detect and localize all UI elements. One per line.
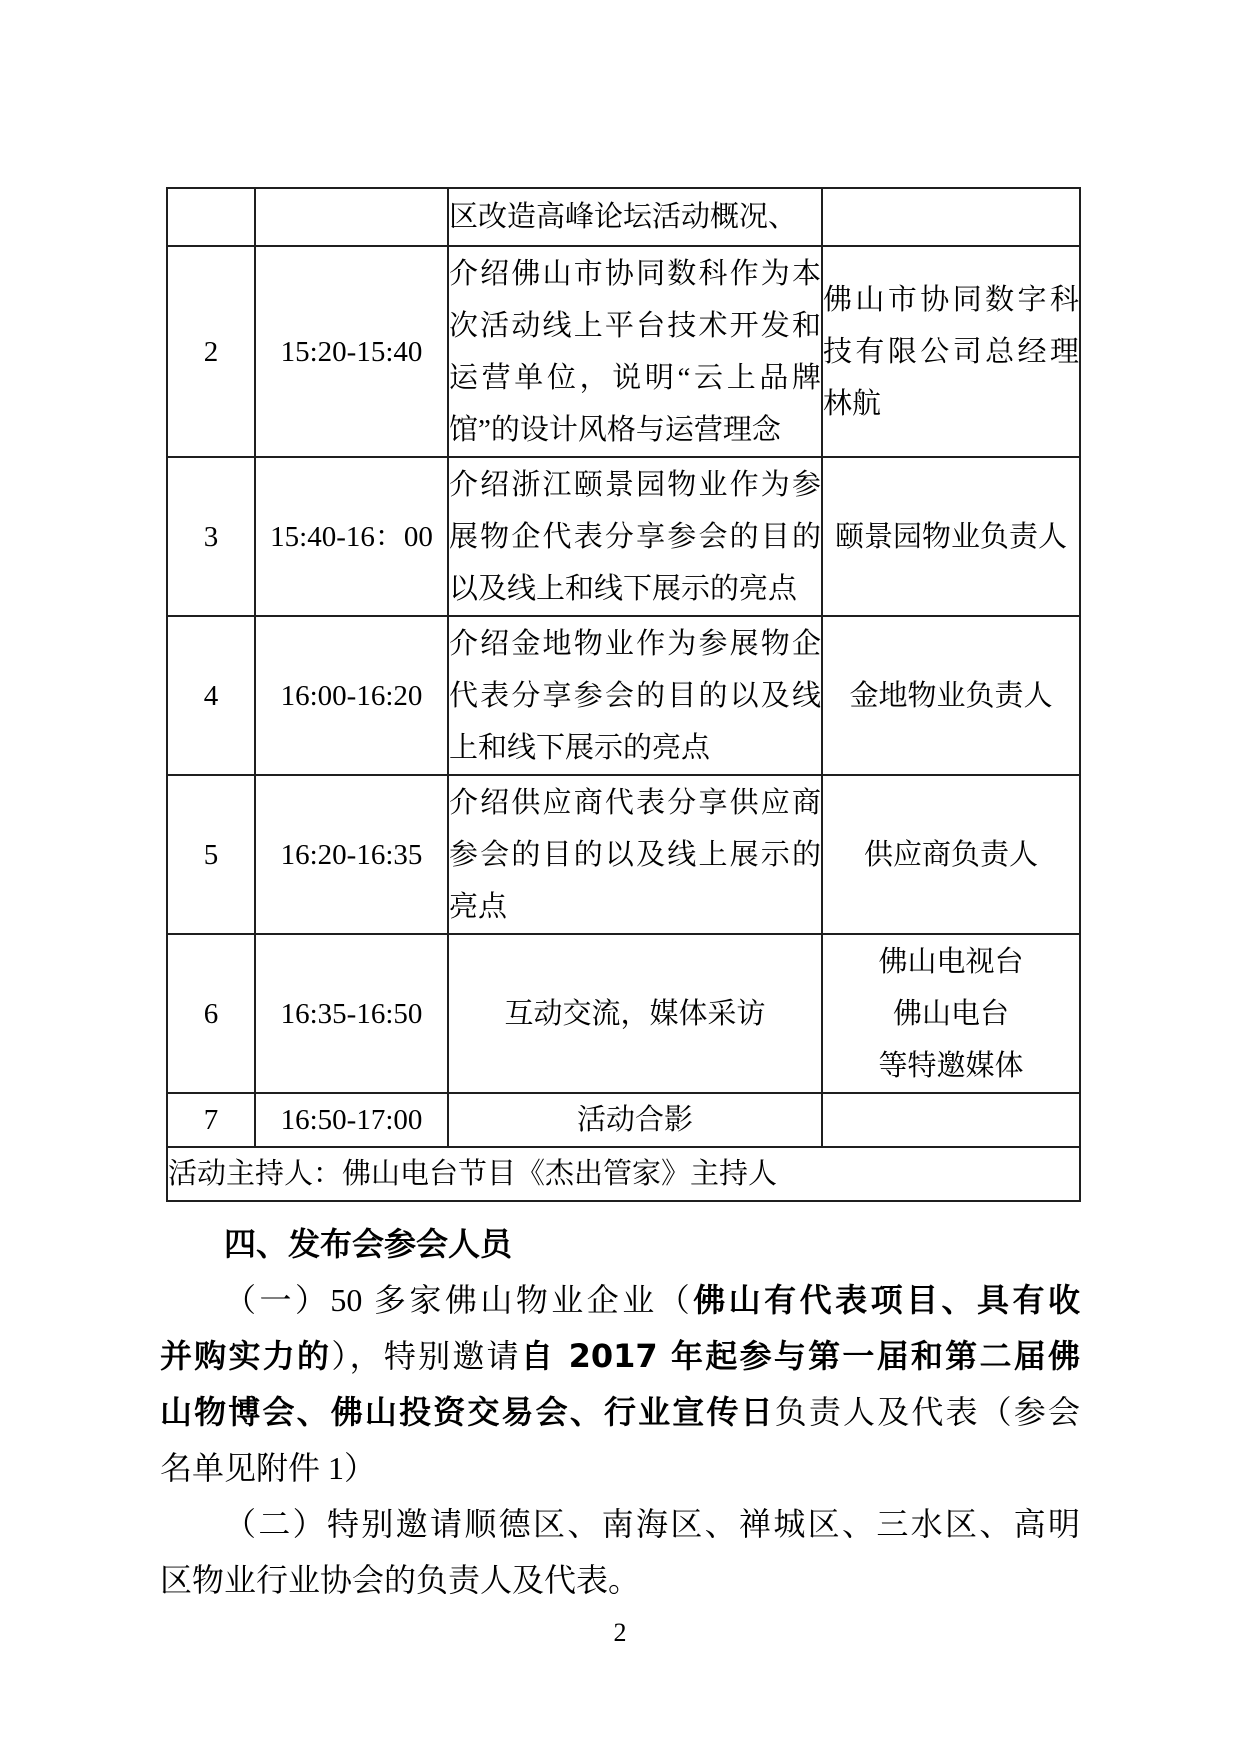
cell-number: 4 (167, 616, 255, 775)
table-row: 区改造高峰论坛活动概况、 (167, 188, 1080, 246)
speaker-line: 颐景园物业负责人 (823, 511, 1079, 563)
schedule-table: 区改造高峰论坛活动概况、215:20-15:40介绍佛山市协同数科作为本次活动线… (166, 187, 1081, 1202)
body-text: ），特别邀请 (331, 1338, 521, 1374)
cell-time: 16:00-16:20 (255, 616, 448, 775)
table-row: 716:50-17:00活动合影 (167, 1093, 1080, 1147)
cell-speaker: 佛山电视台佛山电台等特邀媒体 (822, 934, 1080, 1093)
table-row: 516:20-16:35介绍供应商代表分享供应商参会的目的以及线上展示的亮点供应… (167, 775, 1080, 934)
speaker-line: 佛山电台 (823, 988, 1079, 1040)
cell-number: 5 (167, 775, 255, 934)
emphasis-text: 佛山有代表项目、具有收 (693, 1281, 1080, 1319)
body-text: 负责人及代表（参会 (775, 1394, 1080, 1430)
cell-speaker (822, 1093, 1080, 1147)
table-row: 215:20-15:40介绍佛山市协同数科作为本次活动线上平台技术开发和运营单位… (167, 246, 1080, 457)
text-line: 名单见附件 1） (160, 1440, 1080, 1496)
cell-number: 2 (167, 246, 255, 457)
section-heading: 四、发布会参会人员 (160, 1216, 1080, 1272)
cell-speaker: 颐景园物业负责人 (822, 457, 1080, 616)
cell-number: 6 (167, 934, 255, 1093)
cell-content: 区改造高峰论坛活动概况、 (448, 188, 822, 246)
speaker-line: 供应商负责人 (823, 829, 1079, 881)
speaker-line: 佛山电视台 (823, 936, 1079, 988)
document-page: 区改造高峰论坛活动概况、215:20-15:40介绍佛山市协同数科作为本次活动线… (0, 0, 1240, 1754)
cell-time: 15:40-16：00 (255, 457, 448, 616)
cell-content: 介绍供应商代表分享供应商参会的目的以及线上展示的亮点 (448, 775, 822, 934)
cell-time: 16:35-16:50 (255, 934, 448, 1093)
cell-time: 16:50-17:00 (255, 1093, 448, 1147)
cell-content: 介绍佛山市协同数科作为本次活动线上平台技术开发和运营单位，说明“云上品牌馆”的设… (448, 246, 822, 457)
text-line: 区物业行业协会的负责人及代表。 (160, 1552, 1080, 1608)
cell-time (255, 188, 448, 246)
body-paragraphs: （一）50 多家佛山物业企业（佛山有代表项目、具有收并购实力的），特别邀请自 2… (160, 1272, 1080, 1608)
cell-content: 介绍金地物业作为参展物企代表分享参会的目的以及线上和线下展示的亮点 (448, 616, 822, 775)
cell-speaker (822, 188, 1080, 246)
speaker-line: 佛山市协同数字科技有限公司总经理林航 (823, 274, 1079, 430)
text-line: （一）50 多家佛山物业企业（佛山有代表项目、具有收 (160, 1272, 1080, 1328)
cell-speaker: 佛山市协同数字科技有限公司总经理林航 (822, 246, 1080, 457)
cell-speaker: 供应商负责人 (822, 775, 1080, 934)
speaker-line: 等特邀媒体 (823, 1040, 1079, 1092)
body-text: （二）特别邀请顺德区、南海区、禅城区、三水区、高明 (224, 1506, 1080, 1542)
cell-content: 介绍浙江颐景园物业作为参展物企代表分享参会的目的以及线上和线下展示的亮点 (448, 457, 822, 616)
cell-time: 15:20-15:40 (255, 246, 448, 457)
table-footer-note: 活动主持人：佛山电台节目《杰出管家》主持人 (167, 1147, 1080, 1201)
table-footer-row: 活动主持人：佛山电台节目《杰出管家》主持人 (167, 1147, 1080, 1201)
table-row: 315:40-16：00介绍浙江颐景园物业作为参展物企代表分享参会的目的以及线上… (167, 457, 1080, 616)
table-row: 416:00-16:20介绍金地物业作为参展物企代表分享参会的目的以及线上和线下… (167, 616, 1080, 775)
text-line: 山物博会、佛山投资交易会、行业宣传日负责人及代表（参会 (160, 1384, 1080, 1440)
schedule-table-body: 区改造高峰论坛活动概况、215:20-15:40介绍佛山市协同数科作为本次活动线… (167, 188, 1080, 1201)
page-number: 2 (0, 1616, 1240, 1650)
page-content: 区改造高峰论坛活动概况、215:20-15:40介绍佛山市协同数科作为本次活动线… (160, 187, 1080, 1608)
paragraph: （一）50 多家佛山物业企业（佛山有代表项目、具有收并购实力的），特别邀请自 2… (160, 1272, 1080, 1496)
cell-content: 互动交流，媒体采访 (448, 934, 822, 1093)
emphasis-text: 山物博会、佛山投资交易会、行业宣传日 (160, 1393, 775, 1431)
body-text: （一）50 多家佛山物业企业（ (224, 1282, 693, 1318)
cell-content: 活动合影 (448, 1093, 822, 1147)
cell-number: 3 (167, 457, 255, 616)
emphasis-text: 并购实力的 (160, 1337, 331, 1375)
cell-number (167, 188, 255, 246)
paragraph: （二）特别邀请顺德区、南海区、禅城区、三水区、高明区物业行业协会的负责人及代表。 (160, 1496, 1080, 1608)
cell-time: 16:20-16:35 (255, 775, 448, 934)
cell-number: 7 (167, 1093, 255, 1147)
text-line: 并购实力的），特别邀请自 2017 年起参与第一届和第二届佛 (160, 1328, 1080, 1384)
table-row: 616:35-16:50互动交流，媒体采访佛山电视台佛山电台等特邀媒体 (167, 934, 1080, 1093)
text-line: （二）特别邀请顺德区、南海区、禅城区、三水区、高明 (160, 1496, 1080, 1552)
body-text: 区物业行业协会的负责人及代表。 (160, 1562, 640, 1598)
speaker-line: 金地物业负责人 (823, 670, 1079, 722)
emphasis-text: 自 2017 年起参与第一届和第二届佛 (521, 1337, 1080, 1375)
cell-speaker: 金地物业负责人 (822, 616, 1080, 775)
body-text: 名单见附件 1） (160, 1450, 376, 1486)
